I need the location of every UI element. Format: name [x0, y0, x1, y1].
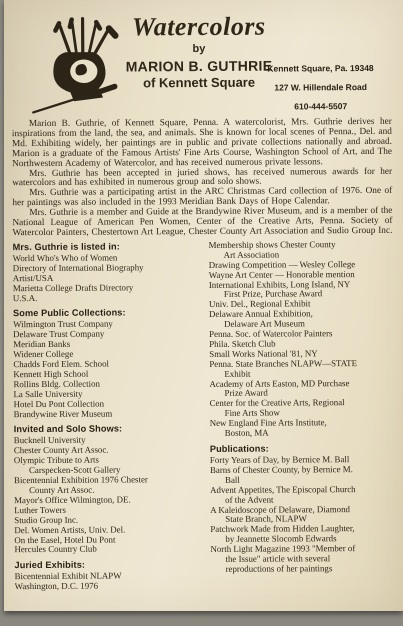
list-item: Hercules Country Club [14, 544, 198, 555]
section-invited-solo-shows: Invited and Solo Shows: Bucknell Univers… [14, 423, 199, 555]
section-public-collections: Some Public Collections: Wilmington Trus… [13, 307, 198, 419]
section-items: Membership shows Chester CountyArt Assoc… [209, 240, 394, 439]
page-title: Watercolors [116, 12, 281, 43]
section-publications: Publications: Forty Years of Day, by Ber… [210, 443, 395, 575]
two-column-lists: Mrs. Guthrie is listed in: World Who's W… [13, 240, 395, 593]
list-item: U.S.A. [13, 293, 197, 304]
address-block: Kennett Square, Pa. 19348127 W. Hillenda… [251, 59, 389, 117]
list-item: Marion B. Guthrie, of Kennett Square, Pe… [12, 118, 392, 170]
section-items: Bucknell UniversityChester County Art As… [14, 435, 199, 555]
section-heading: Mrs. Guthrie is listed in: [13, 241, 197, 253]
list-item: Mrs. Guthrie is a member and Guide at th… [12, 207, 392, 239]
right-column: Membership shows Chester CountyArt Assoc… [209, 240, 395, 591]
section-listed-in: Mrs. Guthrie is listed in: World Who's W… [13, 241, 197, 304]
list-item: 610-444-5507 [252, 97, 390, 117]
left-column: Mrs. Guthrie is listed in: World Who's W… [13, 241, 199, 592]
section-items: Bicentennial Exhibit NLAPWWashington, D.… [15, 571, 199, 592]
section-heading: Some Public Collections: [13, 307, 197, 319]
section-juried-exhibits: Juried Exhibits: Bicentennial Exhibit NL… [15, 559, 199, 592]
flyer-content: Watercolors by MARION B. GUTHRIE of Kenn… [0, 0, 403, 626]
list-item: Kennett Square, Pa. 19348 [251, 59, 389, 79]
section-items: World Who's Who of WomenDirectory of Int… [13, 253, 197, 304]
list-item: 127 W. Hillendale Road [252, 78, 390, 98]
section-heading: Publications: [210, 443, 394, 455]
list-item: Washington, D.C. 1976 [15, 581, 199, 592]
list-item: reproductions of her paintings [211, 564, 395, 575]
list-item: Boston, MA [210, 428, 394, 439]
list-item: Brandywine River Museum [14, 409, 198, 420]
section-memberships-awards: Membership shows Chester CountyArt Assoc… [209, 240, 394, 439]
section-items: Forty Years of Day, by Bernice M. BallBa… [210, 455, 395, 575]
flyer-header: Watercolors by MARION B. GUTHRIE of Kenn… [11, 11, 392, 115]
biography-paragraphs: Marion B. Guthrie, of Kennett Square, Pe… [12, 118, 393, 239]
section-heading: Juried Exhibits: [15, 559, 199, 571]
title-by: by [116, 43, 281, 56]
section-items: Wilmington Trust CompanyDelaware Trust C… [13, 319, 198, 419]
section-heading: Invited and Solo Shows: [14, 423, 198, 435]
